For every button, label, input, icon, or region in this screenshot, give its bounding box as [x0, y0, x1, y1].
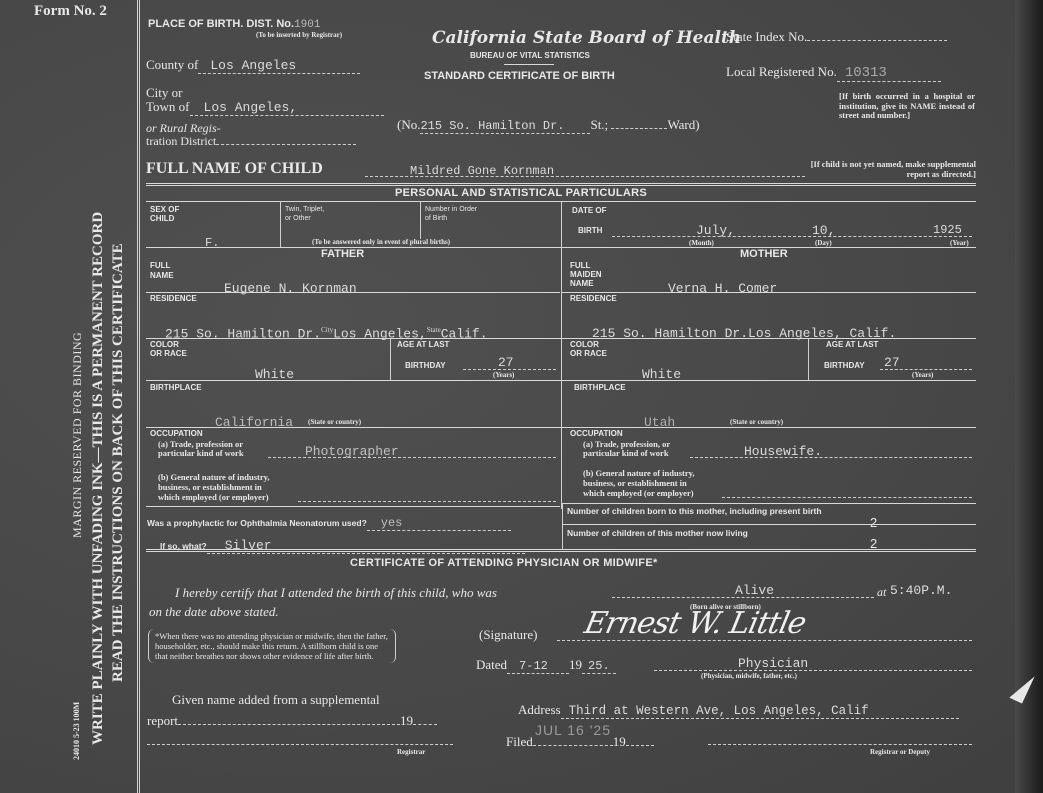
certificate-title: STANDARD CERTIFICATE OF BIRTH	[424, 70, 615, 82]
dist-note: (To be inserted by Registrar)	[256, 31, 342, 39]
dob-label: DATE OF	[572, 206, 607, 215]
registrar-deputy-line	[708, 744, 972, 745]
birth-status-value: Alive	[735, 583, 774, 598]
mother-occ-a-label: (a) Trade, profession, orparticular kind…	[583, 440, 670, 458]
divider	[146, 549, 976, 552]
birth-time-value: 5:40P.M.	[890, 583, 952, 598]
father-years-caption: (Years)	[493, 371, 514, 379]
father-residence-label: RESIDENCE	[150, 294, 197, 303]
physician-signature: Ernest W. Little	[581, 606, 808, 641]
child-name-line	[365, 176, 805, 177]
local-registered-field: Local Registered No.10313	[726, 64, 941, 82]
birth-order-label: Number in Orderof Birth	[425, 205, 477, 223]
father-color-label: COLOROR RACE	[150, 340, 187, 358]
divider	[280, 201, 281, 247]
divider	[146, 427, 976, 428]
physician-role-value: Physician	[738, 656, 808, 671]
mother-occupation-value: Housewife.	[744, 444, 822, 459]
children-living-label: Number of children of this mother now li…	[567, 528, 748, 538]
role-caption: (Physician, midwife, father, etc.)	[701, 672, 797, 680]
year-caption: (Year)	[950, 239, 969, 247]
rural-district-field: or Rural Regis- tration District	[146, 122, 356, 148]
mother-heading: MOTHER	[740, 248, 788, 260]
divider	[146, 506, 560, 507]
board-title: California State Board of Health	[432, 28, 741, 48]
divider	[390, 338, 391, 380]
certificate-heading: CERTIFICATE OF ATTENDING PHYSICIAN OR MI…	[350, 557, 658, 569]
center-divider	[561, 247, 562, 509]
children-born-value: 2	[870, 515, 877, 530]
margin-border	[137, 0, 140, 793]
father-age-label-2: BIRTHDAY	[405, 361, 446, 370]
county-field: County ofLos Angeles	[146, 57, 360, 74]
dob-month: July,	[696, 223, 735, 238]
mother-occ-b-label: (b) General nature of industry,business,…	[583, 468, 695, 498]
plural-births-note: (To be answered only in event of plural …	[312, 238, 450, 246]
sex-label: SEX OFCHILD	[150, 205, 179, 223]
street-field: (No.215 So. Hamilton Dr.St.; Ward)	[397, 117, 700, 134]
form-number: Form No. 2	[34, 3, 107, 20]
mother-age-value: 27	[884, 355, 900, 370]
state-index-field: State Index No.	[726, 29, 947, 45]
birth-certificate: Form No. 2 MARGIN RESERVED FOR BINDING W…	[0, 0, 1043, 793]
mother-occupation-label: OCCUPATION	[570, 429, 623, 438]
twin-label: Twin, Triplet,or Other	[285, 205, 324, 223]
print-code: 24010 5-23 100M	[72, 702, 81, 760]
place-of-birth-label: PLACE OF BIRTH. DIST. No.1901	[148, 18, 320, 31]
signature-label: (Signature)	[479, 627, 537, 643]
mother-occ-line	[690, 457, 972, 458]
bureau-title: BUREAU OF VITAL STATISTICS	[470, 51, 590, 60]
day-caption: (Day)	[815, 239, 832, 247]
margin-reserved-text: MARGIN RESERVED FOR BINDING	[70, 332, 85, 538]
mother-years-caption: (Years)	[912, 371, 933, 379]
section-title: PERSONAL AND STATISTICAL PARTICULARS	[395, 187, 647, 199]
father-employer-line	[298, 501, 556, 502]
mother-name-label: FULLMAIDENNAME	[570, 261, 602, 288]
child-name-label: FULL NAME OF CHILD	[146, 160, 323, 178]
father-occupation-value: Photographer	[305, 444, 399, 459]
month-caption: (Month)	[689, 239, 714, 247]
dob-year: 1925	[933, 223, 962, 237]
footnote: *When there was no attending physician o…	[148, 629, 396, 663]
father-state-country-caption: (State or country)	[308, 418, 361, 426]
supplemental-report-field: report19	[147, 713, 437, 729]
divider	[808, 338, 809, 380]
father-birthplace-label: BIRTHPLACE	[150, 383, 202, 392]
divider	[562, 292, 976, 293]
mother-age-label-2: BIRTHDAY	[824, 361, 865, 370]
father-age-label: AGE AT LAST	[397, 340, 449, 349]
divider	[562, 503, 976, 504]
father-occupation-label: OCCUPATION	[150, 429, 203, 438]
mother-name-value: Verna H. Comer	[668, 281, 777, 296]
divider	[146, 183, 976, 186]
address-field: AddressThird at Western Ave, Los Angeles…	[518, 702, 959, 719]
mother-residence-label: RESIDENCE	[570, 294, 617, 303]
dob-label-birth: BIRTH	[578, 226, 602, 235]
mother-employer-line	[722, 497, 972, 498]
date-above-stated: on the date above stated.	[149, 604, 279, 620]
margin-instruction-1: WRITE PLAINLY WITH UNFADING INK—THIS IS …	[90, 212, 107, 745]
divider	[420, 201, 421, 239]
mother-color-label: COLOROR RACE	[570, 340, 607, 358]
child-name-note: [If child is not yet named, make supplem…	[806, 160, 976, 179]
certification-statement: I hereby certify that I attended the bir…	[175, 585, 497, 601]
father-heading: FATHER	[321, 248, 364, 260]
dob-line	[612, 236, 972, 237]
divider	[561, 201, 562, 247]
registrar-deputy-caption: Registrar or Deputy	[870, 748, 930, 756]
divider	[146, 338, 976, 339]
mother-age-label: AGE AT LAST	[826, 340, 878, 349]
registrar-line	[147, 744, 453, 745]
registrar-caption: Registrar	[397, 748, 425, 756]
hospital-note: [If birth occurred in a hospital or inst…	[839, 92, 975, 121]
father-occ-b-label: (b) General nature of industry,business,…	[158, 472, 270, 502]
mother-birthplace-label: BIRTHPLACE	[574, 383, 626, 392]
divider	[146, 292, 560, 293]
dob-day: 10,	[812, 223, 835, 238]
margin-instruction-2: READ THE INSTRUCTIONS ON BACK OF THIS CE…	[110, 243, 127, 682]
father-name-value: Eugene N. Kornman	[224, 281, 357, 296]
prophylactic-question: Was a prophylactic for Ophthalmia Neonat…	[147, 516, 511, 531]
role-line	[654, 670, 972, 671]
city-field: City or Town ofLos Angeles,	[146, 86, 384, 116]
dated-field: Dated7-121925.	[476, 657, 616, 674]
divider	[504, 64, 554, 65]
filed-stamp: JUL 16 '25	[535, 722, 611, 738]
divider	[562, 503, 563, 550]
father-name-label: FULLNAME	[150, 261, 174, 281]
father-age-value: 27	[498, 355, 514, 370]
mother-state-country-caption: (State or country)	[730, 418, 783, 426]
divider	[562, 524, 976, 525]
children-born-label: Number of children born to this mother, …	[567, 506, 822, 516]
at-label: at	[877, 585, 886, 600]
divider	[146, 380, 976, 381]
father-occ-a-label: (a) Trade, profession orparticular kind …	[158, 440, 244, 458]
supplemental-label: Given name added from a supplemental	[172, 692, 380, 708]
